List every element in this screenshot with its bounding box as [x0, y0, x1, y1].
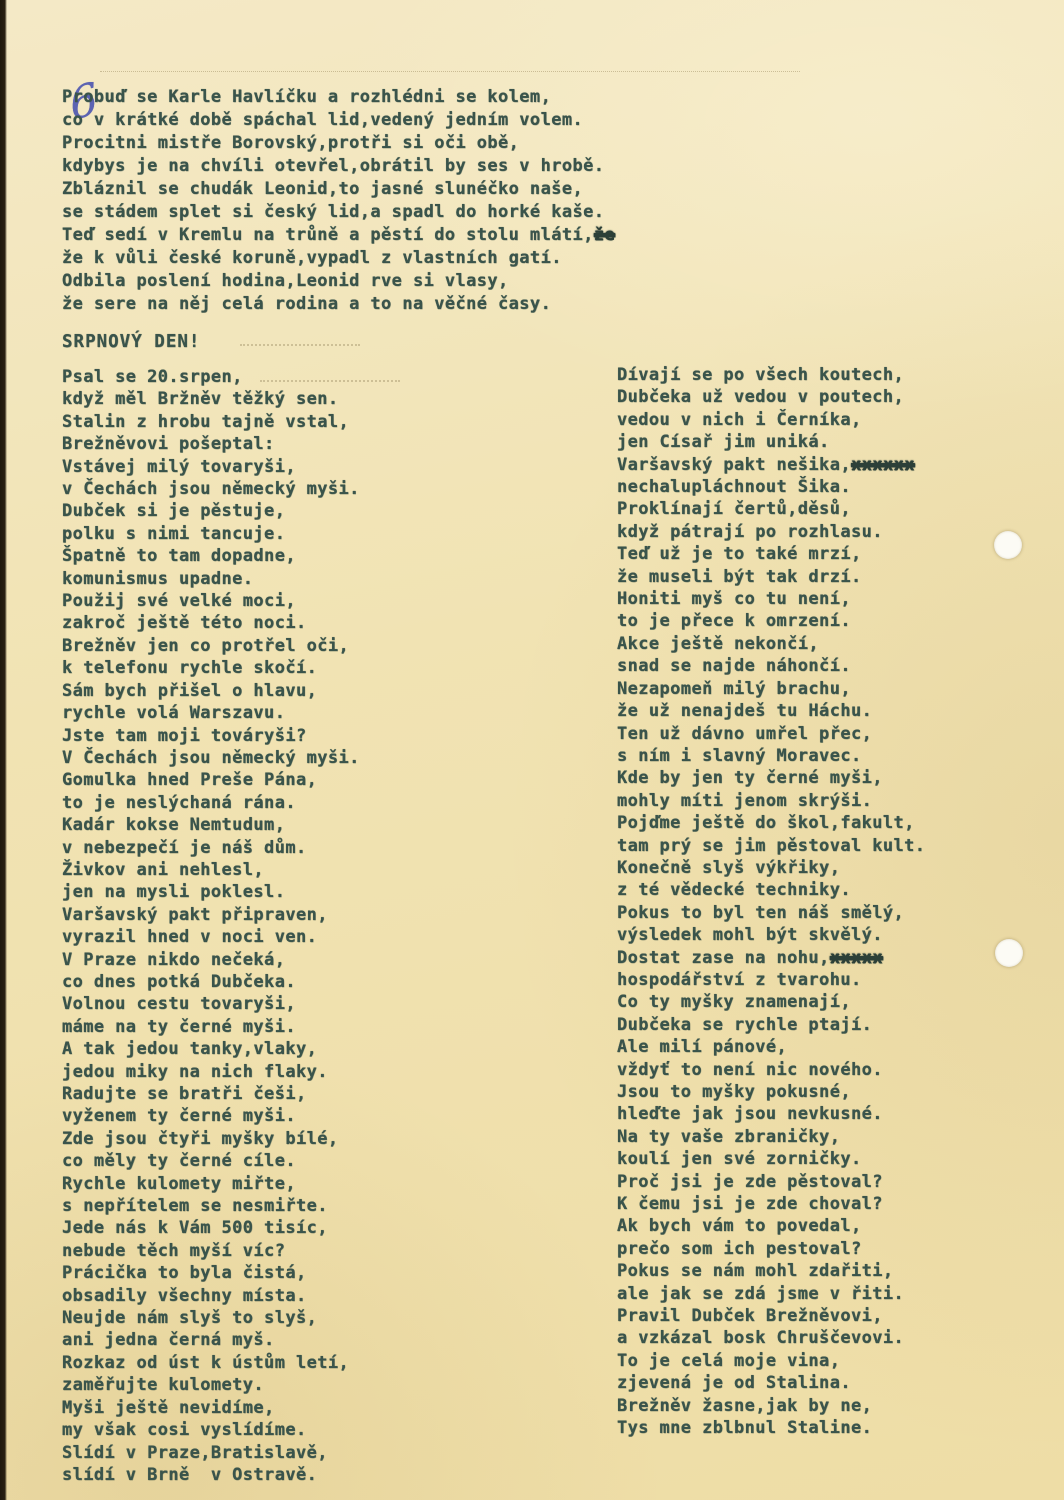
poem-line: hleďte jak jsou nevkusné. — [617, 1103, 925, 1125]
poem-line: Jede nás k Vám 500 tisíc, — [62, 1217, 360, 1239]
poem-line: v Čechách jsou německý myši. — [62, 478, 360, 500]
poem-line: Tys mne zblbnul Staline. — [617, 1417, 925, 1439]
poem-line: K čemu jsi je zde choval? — [617, 1193, 925, 1215]
poem-line: Pravil Dubček Brežněvovi, — [617, 1305, 925, 1327]
poem-line: Vstávej milý tovaryši, — [62, 456, 360, 478]
poem-line: rychle volá Warszavu. — [62, 702, 360, 724]
poem-line: V Praze nikdo nečeká, — [62, 949, 360, 971]
poem-line: Slídí v Praze,Bratislavě, — [62, 1442, 360, 1464]
poem-line: Kadár kokse Nemtudum, — [62, 814, 360, 836]
poem-line: že sere na něj celá rodina a to na věčné… — [62, 293, 615, 316]
poem-line: a vzkázal bosk Chruščevovi. — [617, 1327, 925, 1349]
poem-line: zaměřujte kulomety. — [62, 1374, 360, 1396]
poem-line: s ním i slavný Moravec. — [617, 745, 925, 767]
poem-column-left: Psal se 20.srpen,když měl Bržněv těžký s… — [62, 366, 360, 1486]
poem-line: vyrazil hned v noci ven. — [62, 926, 360, 948]
poem-line: Pokus se nám mohl zdařiti, — [617, 1260, 925, 1282]
poem-line: vyženem ty černé myši. — [62, 1105, 360, 1127]
poem-line: V Čechách jsou německý myši. — [62, 747, 360, 769]
poem-line: Rychle kulomety miřte, — [62, 1173, 360, 1195]
poem-line: Zde jsou čtyři myšky bílé, — [62, 1128, 360, 1150]
poem-line: z té vědecké techniky. — [617, 879, 925, 901]
poem-line: obsadily všechny místa. — [62, 1285, 360, 1307]
poem-line: Brežněvovi pošeptal: — [62, 433, 360, 455]
poem-line: Neujde nám slyš to slyš, — [62, 1307, 360, 1329]
intro-stanza: Probuď se Karle Havlíčku a rozhlédni se … — [62, 86, 615, 316]
poem-line: Teď sedí v Kremlu na trůně a pěstí do st… — [62, 224, 615, 247]
poem-line: jen Císař jim uniká. — [617, 431, 925, 453]
poem-line: Pokus to byl ten náš smělý, — [617, 902, 925, 924]
ghost-impression — [240, 344, 360, 346]
poem-line: Špatně to tam dopadne, — [62, 545, 360, 567]
poem-line: Nezapomeň milý brachu, — [617, 678, 925, 700]
poem-line: tam prý se jim pěstoval kult. — [617, 835, 925, 857]
poem-line: to je neslýchaná rána. — [62, 792, 360, 814]
poem-title: SRPNOVÝ DEN! — [62, 331, 200, 354]
poem-line: Ten už dávno umřel přec, — [617, 723, 925, 745]
poem-line: Jste tam moji továryši? — [62, 725, 360, 747]
poem-line: se stádem splet si český lid,a spadl do … — [62, 201, 615, 224]
poem-line: zjevená je od Stalina. — [617, 1372, 925, 1394]
poem-line: Gomulka hned Preše Pána, — [62, 769, 360, 791]
poem-line: Prácička to byla čistá, — [62, 1262, 360, 1284]
poem-line: v nebezpečí je náš dům. — [62, 837, 360, 859]
poem-line: Ak bych vám to povedal, — [617, 1215, 925, 1237]
poem-line: mohly míti jenom skrýši. — [617, 790, 925, 812]
poem-line: Probuď se Karle Havlíčku a rozhlédni se … — [62, 86, 615, 109]
poem-line: Dívají se po všech koutech, — [617, 364, 925, 386]
poem-line: nebude těch myší víc? — [62, 1240, 360, 1262]
poem-line: když měl Bržněv těžký sen. — [62, 388, 360, 410]
poem-line: Proklínají čertů,děsů, — [617, 498, 925, 520]
poem-line: Dostat zase na nohu,xxxxx — [617, 947, 925, 969]
poem-line: Sám bych přišel o hlavu, — [62, 680, 360, 702]
poem-line: k telefonu rychle skočí. — [62, 657, 360, 679]
poem-line: Pojďme ještě do škol,fakult, — [617, 812, 925, 834]
poem-line: Honiti myš co tu není, — [617, 588, 925, 610]
poem-line: Dubčeka už vedou v poutech, — [617, 386, 925, 408]
poem-line: Odbila poslení hodina,Leonid rve si vlas… — [62, 270, 615, 293]
poem-line: nechalupláchnout Šika. — [617, 476, 925, 498]
poem-line: Živkov ani nehlesl, — [62, 859, 360, 881]
poem-line: koulí jen své zorničky. — [617, 1148, 925, 1170]
poem-line: ani jedna černá myš. — [62, 1329, 360, 1351]
poem-line: Psal se 20.srpen, — [62, 366, 360, 388]
poem-line: Použij své velké moci, — [62, 590, 360, 612]
poem-line: že k vůli české koruně,vypadl z vlastníc… — [62, 247, 615, 270]
poem-line: že museli být tak drzí. — [617, 566, 925, 588]
poem-line: máme na ty černé myši. — [62, 1016, 360, 1038]
poem-line: komunismus upadne. — [62, 568, 360, 590]
struck-out-text: xxxxxx — [851, 455, 915, 475]
poem-line: Co ty myšky znamenají, — [617, 991, 925, 1013]
poem-line: Na ty vaše zbraničky, — [617, 1126, 925, 1148]
poem-line: když pátrají po rozhlasu. — [617, 521, 925, 543]
poem-line: snad se najde náhončí. — [617, 655, 925, 677]
poem-line: to je přece k omrzení. — [617, 610, 925, 632]
poem-line: Volnou cestu tovaryši, — [62, 993, 360, 1015]
punch-hole-top — [994, 531, 1022, 559]
poem-line: ale jak se zdá jsme v řiti. — [617, 1283, 925, 1305]
poem-line: jedou miky na nich flaky. — [62, 1061, 360, 1083]
poem-line: Konečně slyš výkřiky, — [617, 857, 925, 879]
poem-line: hospodářství z tvarohu. — [617, 969, 925, 991]
poem-line: polku s nimi tancuje. — [62, 523, 360, 545]
poem-line: my však cosi vyslídíme. — [62, 1419, 360, 1441]
punch-hole-bottom — [995, 939, 1023, 967]
poem-line: Kde by jen ty černé myši, — [617, 767, 925, 789]
poem-line: Rozkaz od úst k ústům letí, — [62, 1352, 360, 1374]
poem-line: že už nenajdeš tu Háchu. — [617, 700, 925, 722]
poem-line: Procitni mistře Borovský,protři si oči o… — [62, 132, 615, 155]
poem-line: Radujte se bratři češi, — [62, 1083, 360, 1105]
poem-line: Varšavský pakt připraven, — [62, 904, 360, 926]
poem-line: vždyť to není nic nového. — [617, 1059, 925, 1081]
poem-line: vedou v nich i Černíka, — [617, 409, 925, 431]
document-page: 6 Probuď se Karle Havlíčku a rozhlédni s… — [0, 0, 1064, 1500]
poem-line: To je celá moje vina, — [617, 1350, 925, 1372]
poem-line: co v krátké době spáchal lid,vedený jedn… — [62, 109, 615, 132]
poem-line: co dnes potká Dubčeka. — [62, 971, 360, 993]
poem-line: Proč jsi je zde pěstoval? — [617, 1171, 925, 1193]
poem-line: Zbláznil se chudák Leonid,to jasné sluné… — [62, 178, 615, 201]
poem-line: Stalin z hrobu tajně vstal, — [62, 411, 360, 433]
scan-edge-shadow — [0, 0, 7, 1500]
poem-line: kdybys je na chvíli otevřel,obrátil by s… — [62, 155, 615, 178]
poem-column-right: Dívají se po všech koutech,Dubčeka už ve… — [617, 364, 925, 1440]
struck-out-text: xxxxx — [830, 948, 883, 968]
poem-line: prečo som ich pestoval? — [617, 1238, 925, 1260]
poem-line: Varšavský pakt nešika,xxxxxx — [617, 454, 925, 476]
poem-line: Myši ještě nevidíme, — [62, 1397, 360, 1419]
poem-line: A tak jedou tanky,vlaky, — [62, 1038, 360, 1060]
poem-line: Brežněv žasne,jak by ne, — [617, 1395, 925, 1417]
poem-line: Dubčeka se rychle ptají. — [617, 1014, 925, 1036]
poem-line: co měly ty černé cíle. — [62, 1150, 360, 1172]
poem-line: Brežněv jen co protřel oči, — [62, 635, 360, 657]
poem-line: s nepřítelem se nesmiřte. — [62, 1195, 360, 1217]
poem-line: Jsou to myšky pokusné, — [617, 1081, 925, 1103]
poem-line: Teď už je to také mrzí, — [617, 543, 925, 565]
poem-line: Dubček si je pěstuje, — [62, 500, 360, 522]
poem-line: slídí v Brně v Ostravě. — [62, 1464, 360, 1486]
struck-out-text: že — [594, 225, 615, 245]
poem-line: Akce ještě nekončí, — [617, 633, 925, 655]
poem-line: výsledek mohl být skvělý. — [617, 924, 925, 946]
poem-line: Ale milí pánové, — [617, 1036, 925, 1058]
poem-line: zakroč ještě této noci. — [62, 612, 360, 634]
poem-line: jen na mysli poklesl. — [62, 881, 360, 903]
paper-scratch-line — [100, 71, 800, 72]
